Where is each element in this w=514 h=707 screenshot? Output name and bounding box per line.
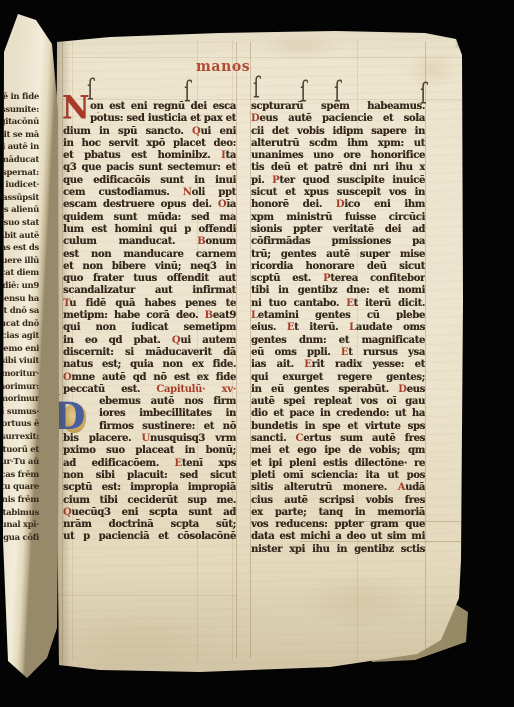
- column-left: on est eni regnū dei esca etpotus: sed i…: [63, 101, 236, 544]
- text-line: quo frater tuus offendit aut: [63, 273, 236, 285]
- text-line: sibi moritur·: [3, 369, 39, 382]
- text-line: in hoc servit xpō placet deo:: [63, 138, 236, 150]
- text-line: eū oms ppli. Et rursus ysa: [251, 347, 425, 359]
- text-line: ad edificacōem. Etenī xps: [63, 458, 236, 470]
- text-line: alterutrū scdm ihm xpm: ut: [251, 138, 425, 150]
- text-line: in eū gentes sperabūt. Deus: [251, 384, 425, 396]
- text-line: dnētur·Tu aū: [3, 457, 39, 470]
- text-line: mortuorū et: [3, 445, 39, 458]
- text-line: et non bibere vinū; neq3 in: [63, 261, 236, 273]
- text-line: et resurrexit:: [3, 432, 39, 445]
- text-line: aut tu quare: [3, 482, 39, 495]
- text-line: dnī sumus·: [3, 407, 39, 420]
- text-line: gracias agit: [3, 331, 39, 344]
- text-line: quidem sunt mūda: sed ma: [63, 212, 236, 224]
- text-line: illū assūpsit: [3, 193, 39, 206]
- text-line: nō māducat: [3, 155, 39, 168]
- running-header: manos: [196, 59, 250, 76]
- text-line: potens est ds: [3, 243, 39, 256]
- verso-text: tē in fideassumite:cogitacōnūcredit se m…: [3, 92, 39, 548]
- text-line: natus est; quia non ex fide.: [63, 359, 236, 371]
- text-line: xps mortuus ē: [3, 419, 39, 432]
- text-line: ut p pacienciā et cōsolacōnē: [63, 531, 236, 543]
- text-line: cii det vobis idipm sapere in: [251, 126, 425, 138]
- text-line: iudicat diem: [3, 268, 39, 281]
- text-line: nrām doctrinā scpta sūt;: [63, 519, 236, 531]
- text-line: nrm sibi viuit: [3, 356, 39, 369]
- text-line: dnō suo stat: [3, 218, 39, 231]
- text-line: qui exurget regere gentes;: [251, 372, 425, 384]
- text-line: cium tibi ceciderūt sup me.: [63, 495, 236, 507]
- text-line: lum est homini qui p offendi: [63, 224, 236, 236]
- text-line: sitis alterutrū monere. Audā: [251, 482, 425, 494]
- text-line: q3 que pacis sunt sectemur: et: [63, 162, 236, 174]
- text-line: est non manducare carnem: [63, 249, 236, 261]
- text-line: gentes dnm: et magnificate: [251, 335, 425, 347]
- text-line: pi. Pter quod suscipite inuicē: [251, 175, 425, 187]
- text-line: spernis frēm: [3, 495, 39, 508]
- text-line: ias ait. Erit radix yesse: et: [251, 359, 425, 371]
- column-right: scpturarū spem habeamus.Deus autē pacien…: [251, 101, 425, 556]
- text-line: ricordia honorare deū sicut: [251, 261, 425, 273]
- text-line: inter diē: un9: [3, 281, 39, 294]
- text-line: scandalizatur aut infirmat: [63, 285, 236, 297]
- text-line: qui non iudicat semetipm: [63, 322, 236, 334]
- text-line: scptū est: impropia impropiā: [63, 482, 236, 494]
- text-line: non sibi placuit: sed sicut: [63, 470, 236, 482]
- text-line: credit se mā: [3, 130, 39, 143]
- text-line: autē spei repleat vos oī gau: [251, 396, 425, 408]
- text-line: Quecūq3 eni scpta sunt ad: [63, 507, 236, 519]
- text-line: cem custodiamus. Noli ppt: [63, 187, 236, 199]
- ruling-line: [425, 42, 426, 658]
- text-line: tibi in gentibz dne: et nomi: [251, 285, 425, 297]
- text-line: nō iudicet·: [3, 180, 39, 193]
- ascender-flourish: ſ: [253, 74, 260, 103]
- text-line: suo sensu ha: [3, 294, 39, 307]
- text-line: māducat dnō: [3, 319, 39, 332]
- text-line: unanimes uno ore honorifice: [251, 150, 425, 162]
- text-line: dium in spū sancto. Qui eni: [63, 126, 236, 138]
- text-line: mei et ego ipe de vobis; qm: [251, 445, 425, 457]
- text-line: assumite:: [3, 105, 39, 118]
- text-line: tribunal xpī·: [3, 520, 39, 533]
- text-line: ni tuo cantabo. Et iterū dicit.: [251, 298, 425, 310]
- text-line: cōfirmādas pmissiones pa: [251, 236, 425, 248]
- text-line: tē in fide: [3, 92, 39, 105]
- text-line: es alienū: [3, 205, 39, 218]
- text-line: sapit dnō sa: [3, 306, 39, 319]
- text-line: eius. Et iterū. Laudate oms: [251, 322, 425, 334]
- text-line: Omne autē qd nō est ex fide: [63, 372, 236, 384]
- text-line: dio et pace in credendo: ut ha: [251, 408, 425, 420]
- text-line: sive morimur: [3, 394, 39, 407]
- text-line: ex parte; tanq in memoriā: [251, 507, 425, 519]
- text-line: iudicas frēm: [3, 470, 39, 483]
- text-line: xpm ministrū fuisse circūci: [251, 212, 425, 224]
- text-line: vos reducens: ppter gram que: [251, 519, 425, 531]
- text-line: sionis ppter veritatē dei ad: [251, 224, 425, 236]
- text-line: pleti omī sciencia: ita ut pos: [251, 470, 425, 482]
- text-line: deo·Nemo eni: [3, 344, 39, 357]
- text-line: bundetis in spe et virtute sps: [251, 421, 425, 433]
- ruling-line: [62, 57, 462, 58]
- text-line: et pbatus est hominibz. Ita: [63, 150, 236, 162]
- text-line: Letamini gentes cū plebe: [251, 310, 425, 322]
- text-line: pximo suo placeat in bonū;: [63, 445, 236, 457]
- text-line: in eo qd pbat. Qui autem: [63, 335, 236, 347]
- ruling-line: [62, 99, 463, 100]
- text-line: cius autē scripsi vobis fres: [251, 495, 425, 507]
- text-line: nister xpi ihu in gentibz sctis: [251, 544, 425, 556]
- text-line: trū; gentes autē super mise: [251, 249, 425, 261]
- manuscript-photo: tē in fideassumite:cogitacōnūcredit se m…: [0, 0, 514, 707]
- text-line: escam destruere opus dei. Oīa: [63, 199, 236, 211]
- ruling-line: [236, 42, 237, 658]
- text-line: data est michi a deo ut sim mi: [251, 531, 425, 543]
- text-line: oīs līgua cōfi: [3, 533, 39, 546]
- text-line: Deus autē paciencie et sola: [251, 113, 425, 125]
- text-line: discernit: si māducaverit dā: [63, 347, 236, 359]
- text-line: nō spernat:: [3, 168, 39, 181]
- text-line: honorē dei. Dico eni ihm: [251, 199, 425, 211]
- text-line: dnō morimur:: [3, 382, 39, 395]
- ruling-line: [48, 595, 238, 596]
- text-line: et ipi pleni estis dilectōne· re: [251, 458, 425, 470]
- text-line: scpturarū spem habeamus.: [251, 101, 425, 113]
- pencil-mark: [449, 36, 467, 48]
- text-line: qui autē in: [3, 142, 39, 155]
- text-line: que edificacōis sunt in inui: [63, 175, 236, 187]
- text-line: sancti. Certus sum autē fres: [251, 433, 425, 445]
- text-line: cogitacōnū: [3, 117, 39, 130]
- text-line: peccatū est. Capitulū· xv·: [63, 384, 236, 396]
- text-line: scptū est. Pterea confitebor: [251, 273, 425, 285]
- text-line: sicut et xpus suscepit vos in: [251, 187, 425, 199]
- text-line: oēs stabimus: [3, 508, 39, 521]
- text-line: tis deū et patrē dni nri ihu x: [251, 162, 425, 174]
- text-line: culum manducat. Bonum: [63, 236, 236, 248]
- text-line: statuere illū: [3, 256, 39, 269]
- text-line: stabit autē: [3, 231, 39, 244]
- text-line: Tu fidē quā habes penes te: [63, 298, 236, 310]
- manuscript-page: manos ſ ſ ſ ſ ſ ſ on est eni regnū dei e…: [0, 0, 514, 707]
- text-line: metipm: habe corā deo. Beat9: [63, 310, 236, 322]
